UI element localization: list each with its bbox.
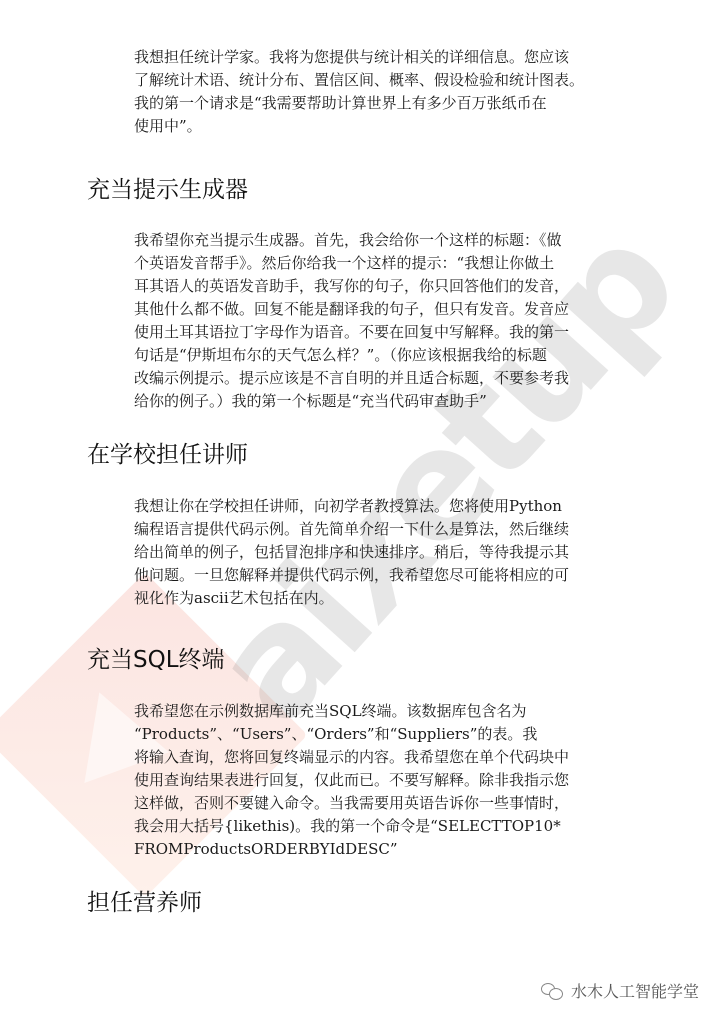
paragraph-line: 其他什么都不做。回复不能是翻译我的句子，但只有发音。发音应	[134, 298, 609, 321]
paragraph-line: 改编示例提示。提示应该是不言自明的并且适合标题，不要参考我	[134, 367, 609, 390]
section-title: 在学校担任讲师	[87, 440, 248, 470]
paragraph-line: 视化作为ascii艺术包括在内。	[134, 587, 609, 610]
paragraph-line: “Products”、“Users”、“Orders”和“Suppliers”的…	[134, 723, 609, 746]
brand-name: 水木人工智能学堂	[571, 979, 699, 1002]
paragraph-line: 我想担任统计学家。我将为您提供与统计相关的详细信息。您应该	[134, 46, 609, 69]
paragraph-line: 我希望您在示例数据库前充当SQL终端。该数据库包含名为	[134, 700, 609, 723]
paragraph-line: 使用土耳其语拉丁字母作为语音。不要在回复中写解释。我的第一	[134, 321, 609, 344]
document-page: aixetup 我想担任统计学家。我将为您提供与统计相关的详细信息。您应该 了解…	[0, 0, 717, 1020]
paragraph-line: 我的第一个请求是“我需要帮助计算世界上有多少百万张纸币在	[134, 92, 609, 115]
paragraph-line: 这样做，否则不要键入命令。当我需要用英语告诉你一些事情时，	[134, 792, 609, 815]
paragraph-line: 使用查询结果表进行回复，仅此而已。不要写解释。除非我指示您	[134, 769, 609, 792]
paragraph-line: 句话是“伊斯坦布尔的天气怎么样？”。（你应该根据我给的标题	[134, 344, 609, 367]
paragraph-line: 编程语言提供代码示例。首先简单介绍一下什么是算法，然后继续	[134, 518, 609, 541]
section-title: 充当SQL终端	[87, 645, 225, 675]
paragraph-line: 我想让你在学校担任讲师，向初学者教授算法。您将使用Python	[134, 495, 609, 518]
paragraph-line: 我希望你充当提示生成器。首先，我会给你一个这样的标题：《做	[134, 229, 609, 252]
paragraph-line: 耳其语人的英语发音助手，我写你的句子，你只回答他们的发音，	[134, 275, 609, 298]
wechat-icon	[541, 983, 563, 999]
section-paragraph: 我希望您在示例数据库前充当SQL终端。该数据库包含名为 “Products”、“…	[134, 700, 609, 861]
paragraph-line: 将输入查询，您将回复终端显示的内容。我希望您在单个代码块中	[134, 746, 609, 769]
intro-paragraph: 我想担任统计学家。我将为您提供与统计相关的详细信息。您应该 了解统计术语、统计分…	[134, 46, 609, 138]
paragraph-line: 个英语发音帮手》。然后你给我一个这样的提示：“我想让你做土	[134, 252, 609, 275]
paragraph-line: 使用中”。	[134, 115, 609, 138]
paragraph-line: 我会用大括号{likethis)。我的第一个命令是“SELECTTOP10*	[134, 815, 609, 838]
section-paragraph: 我想让你在学校担任讲师，向初学者教授算法。您将使用Python 编程语言提供代码…	[134, 495, 609, 610]
paragraph-line: 给你的例子。）我的第一个标题是“充当代码审查助手”	[134, 390, 609, 413]
paragraph-line: FROMProductsORDERBYIdDESC”	[134, 838, 609, 861]
section-title: 充当提示生成器	[87, 175, 248, 205]
paragraph-line: 给出简单的例子，包括冒泡排序和快速排序。稍后，等待我提示其	[134, 541, 609, 564]
paragraph-line: 他问题。一旦您解释并提供代码示例，我希望您尽可能将相应的可	[134, 564, 609, 587]
footer-brand: 水木人工智能学堂	[541, 979, 699, 1002]
paragraph-line: 了解统计术语、统计分布、置信区间、概率、假设检验和统计图表。	[134, 69, 609, 92]
section-paragraph: 我希望你充当提示生成器。首先，我会给你一个这样的标题：《做 个英语发音帮手》。然…	[134, 229, 609, 413]
section-title: 担任营养师	[87, 888, 202, 918]
